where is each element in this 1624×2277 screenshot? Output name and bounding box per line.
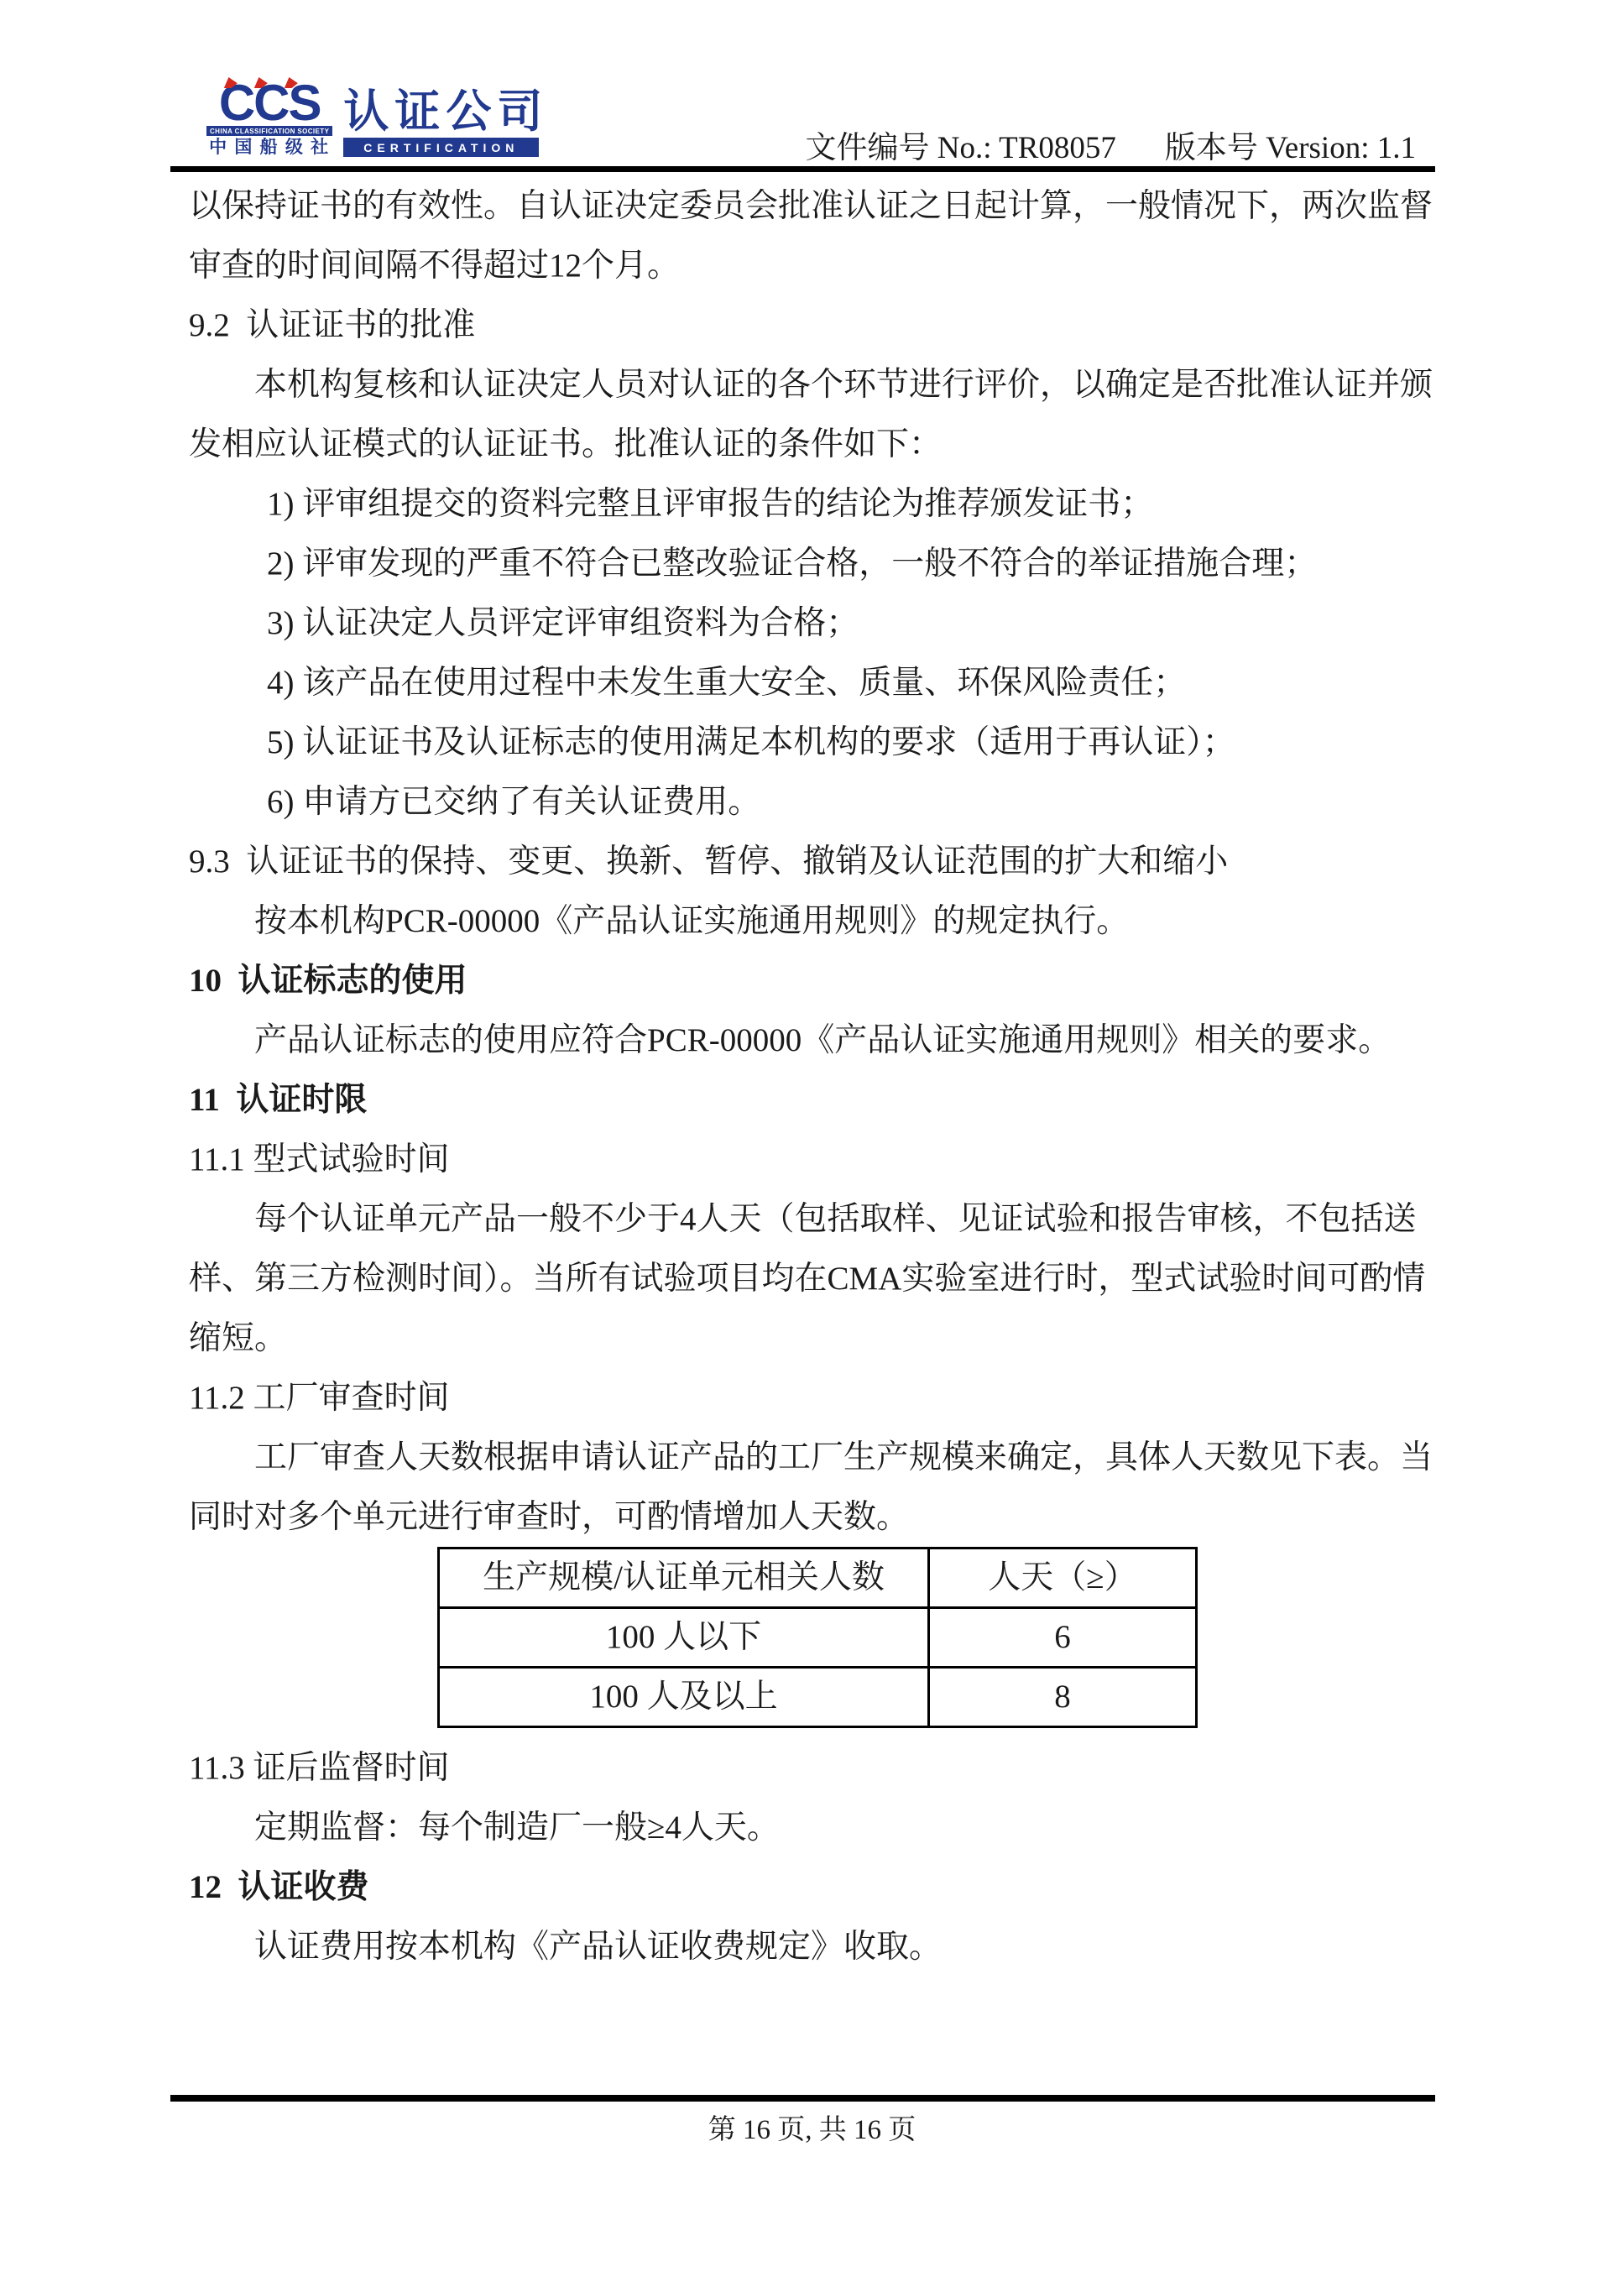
- paragraph: 以保持证书的有效性。自认证决定委员会批准认证之日起计算，一般情况下，两次监督审查…: [189, 176, 1436, 295]
- list-item: 3) 认证决定人员评定评审组资料为合格；: [189, 593, 1436, 653]
- section-heading-11-3: 11.3 证后监督时间: [189, 1738, 1436, 1798]
- ccs-logo-right: 认证公司 CERTIFICATION: [343, 87, 548, 157]
- table-cell: 6: [929, 1608, 1197, 1668]
- paragraph: 按本机构PCR-00000《产品认证实施通用规则》的规定执行。: [189, 891, 1436, 951]
- table-cell: 100 人以下: [439, 1608, 929, 1668]
- ccs-logo: CCS CHINA CLASSIFICATION SOCIETY 中 国 船 级…: [206, 82, 548, 157]
- document-meta: 文件编号 No.: TR08057版本号 Version: 1.1: [806, 122, 1416, 167]
- document-version: 版本号 Version: 1.1: [1165, 131, 1416, 165]
- paragraph: 定期监督：每个制造厂一般≥4人天。: [189, 1798, 1436, 1857]
- section-heading-11-1: 11.1 型式试验时间: [189, 1130, 1436, 1189]
- certification-bar: CERTIFICATION: [343, 138, 539, 157]
- section-heading-11: 11 认证时限: [189, 1070, 1436, 1130]
- paragraph: 本机构复核和认证决定人员对认证的各个环节进行评价，以确定是否批准认证并颁发相应认…: [189, 355, 1436, 474]
- section-heading-11-2: 11.2 工厂审查时间: [189, 1368, 1436, 1428]
- ccs-letters: CCS: [219, 82, 321, 124]
- list-item: 2) 评审发现的严重不符合已整改验证合格，一般不符合的举证措施合理；: [189, 534, 1436, 593]
- table-row: 100 人及以上 8: [439, 1668, 1197, 1727]
- document-page: CCS CHINA CLASSIFICATION SOCIETY 中 国 船 级…: [0, 0, 1624, 2277]
- section-heading-10: 10 认证标志的使用: [189, 951, 1436, 1011]
- list-item: 1) 评审组提交的资料完整且评审报告的结论为推荐颁发证书；: [189, 474, 1436, 534]
- paragraph: 每个认证单元产品一般不少于4人天（包括取样、见证试验和报告审核，不包括送样、第三…: [189, 1189, 1436, 1368]
- table-row: 100 人以下 6: [439, 1608, 1197, 1668]
- audit-mandays-table: 生产规模/认证单元相关人数 人天（≥） 100 人以下 6 100 人及以上 8: [437, 1547, 1198, 1728]
- document-body: 以保持证书的有效性。自认证决定委员会批准认证之日起计算，一般情况下，两次监督审查…: [189, 176, 1436, 1977]
- list-item: 6) 申请方已交纳了有关认证费用。: [189, 772, 1436, 832]
- list-item: 5) 认证证书及认证标志的使用满足本机构的要求（适用于再认证）；: [189, 713, 1436, 772]
- section-heading-9-3: 9.3 认证证书的保持、变更、换新、暂停、撤销及认证范围的扩大和缩小: [189, 832, 1436, 891]
- document-number: 文件编号 No.: TR08057: [806, 131, 1116, 165]
- table-header-cell: 人天（≥）: [929, 1548, 1197, 1608]
- section-heading-12: 12 认证收费: [189, 1857, 1436, 1917]
- table-cell: 8: [929, 1668, 1197, 1727]
- society-name-cn: 中 国 船 级 社: [209, 137, 330, 157]
- ccs-logo-left: CCS CHINA CLASSIFICATION SOCIETY 中 国 船 级…: [206, 82, 332, 157]
- paragraph: 产品认证标志的使用应符合PCR-00000《产品认证实施通用规则》相关的要求。: [189, 1011, 1436, 1070]
- ccs-letters-wrap: CCS: [219, 82, 321, 124]
- footer-divider: [170, 2095, 1435, 2102]
- paragraph: 工厂审查人天数根据申请认证产品的工厂生产规模来确定，具体人天数见下表。当同时对多…: [189, 1428, 1436, 1547]
- list-item: 4) 该产品在使用过程中未发生重大安全、质量、环保风险责任；: [189, 653, 1436, 713]
- section-heading-9-2: 9.2 认证证书的批准: [189, 295, 1436, 355]
- paragraph: 认证费用按本机构《产品认证收费规定》收取。: [189, 1917, 1436, 1977]
- table-cell: 100 人及以上: [439, 1668, 929, 1727]
- table-header-row: 生产规模/认证单元相关人数 人天（≥）: [439, 1548, 1197, 1608]
- table-header-cell: 生产规模/认证单元相关人数: [439, 1548, 929, 1608]
- company-name-cn: 认证公司: [343, 87, 548, 136]
- header-divider: [170, 166, 1435, 172]
- page-number: 第 16 页, 共 16 页: [0, 2113, 1624, 2147]
